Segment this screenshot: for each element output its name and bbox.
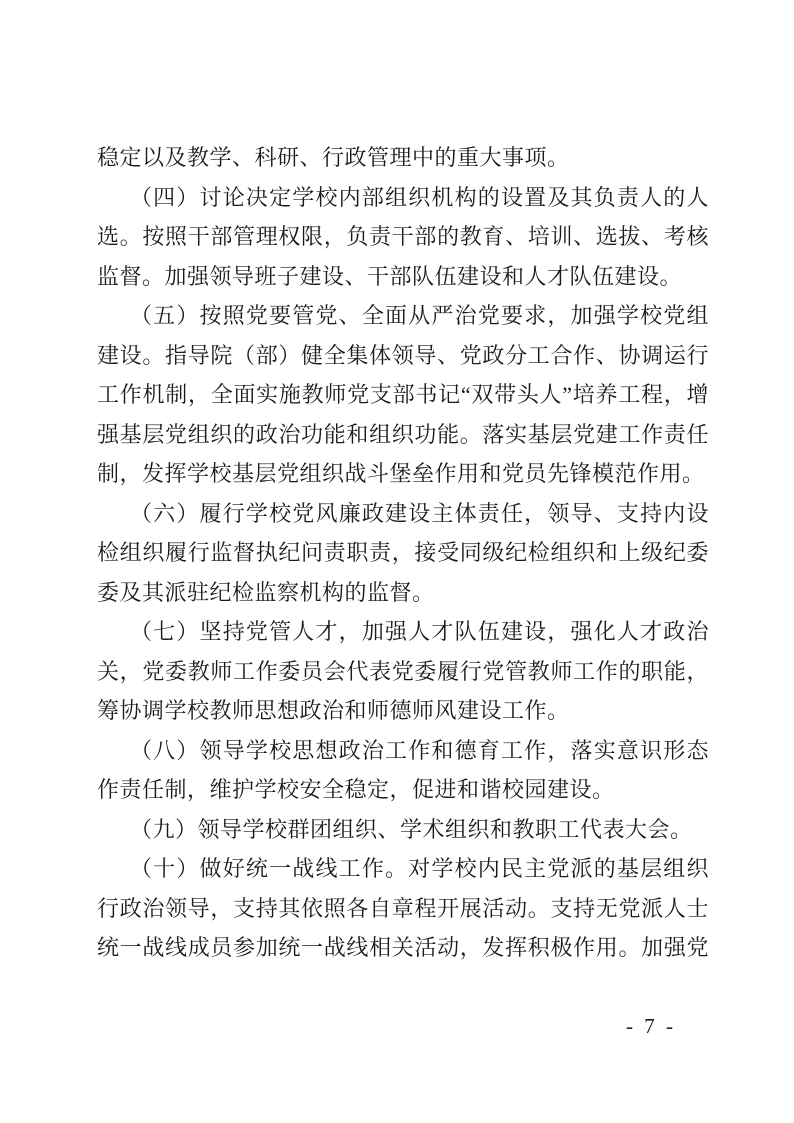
text-line: 检组织履行监督执纪问责职责，接受同级纪检组织和上级纪委监 bbox=[97, 533, 709, 573]
text-line: 行政治领导，支持其依照各自章程开展活动。支持无党派人士等 bbox=[97, 889, 709, 929]
page-number: - 7 - bbox=[626, 1012, 676, 1040]
text-line: 委及其派驻纪检监察机构的监督。 bbox=[97, 573, 709, 613]
document-body: 稳定以及教学、科研、行政管理中的重大事项。 （四）讨论决定学校内部组织机构的设置… bbox=[97, 138, 709, 968]
document-page: 稳定以及教学、科研、行政管理中的重大事项。 （四）讨论决定学校内部组织机构的设置… bbox=[0, 0, 794, 1123]
text-line: 监督。加强领导班子建设、干部队伍建设和人才队伍建设。 bbox=[97, 257, 709, 297]
text-line: （七）坚持党管人才，加强人才队伍建设，强化人才政治把 bbox=[97, 612, 709, 652]
text-line: 强基层党组织的政治功能和组织功能。落实基层党建工作责任 bbox=[97, 415, 709, 455]
text-line: （十）做好统一战线工作。对学校内民主党派的基层组织实 bbox=[97, 849, 709, 889]
text-line: 建设。指导院（部）健全集体领导、党政分工合作、协调运行的 bbox=[97, 336, 709, 376]
text-line: 关，党委教师工作委员会代表党委履行党管教师工作的职能，统 bbox=[97, 652, 709, 692]
text-line: 统一战线成员参加统一战线相关活动，发挥积极作用。加强党外 bbox=[97, 928, 709, 968]
text-line: 选。按照干部管理权限，负责干部的教育、培训、选拔、考核和 bbox=[97, 217, 709, 257]
text-line: （九）领导学校群团组织、学术组织和教职工代表大会。 bbox=[97, 810, 709, 850]
text-line: （六）履行学校党风廉政建设主体责任，领导、支持内设纪 bbox=[97, 494, 709, 534]
text-line: 稳定以及教学、科研、行政管理中的重大事项。 bbox=[97, 138, 709, 178]
text-line: （八）领导学校思想政治工作和德育工作，落实意识形态工 bbox=[97, 731, 709, 771]
text-line: 制，发挥学校基层党组织战斗堡垒作用和党员先锋模范作用。 bbox=[97, 454, 709, 494]
text-line: 筹协调学校教师思想政治和师德师风建设工作。 bbox=[97, 691, 709, 731]
text-line: （四）讨论决定学校内部组织机构的设置及其负责人的人 bbox=[97, 178, 709, 218]
text-line: （五）按照党要管党、全面从严治党要求，加强学校党组织 bbox=[97, 296, 709, 336]
text-line: 作责任制，维护学校安全稳定，促进和谐校园建设。 bbox=[97, 770, 709, 810]
text-line: 工作机制，全面实施教师党支部书记“双带头人”培养工程，增 bbox=[97, 375, 709, 415]
